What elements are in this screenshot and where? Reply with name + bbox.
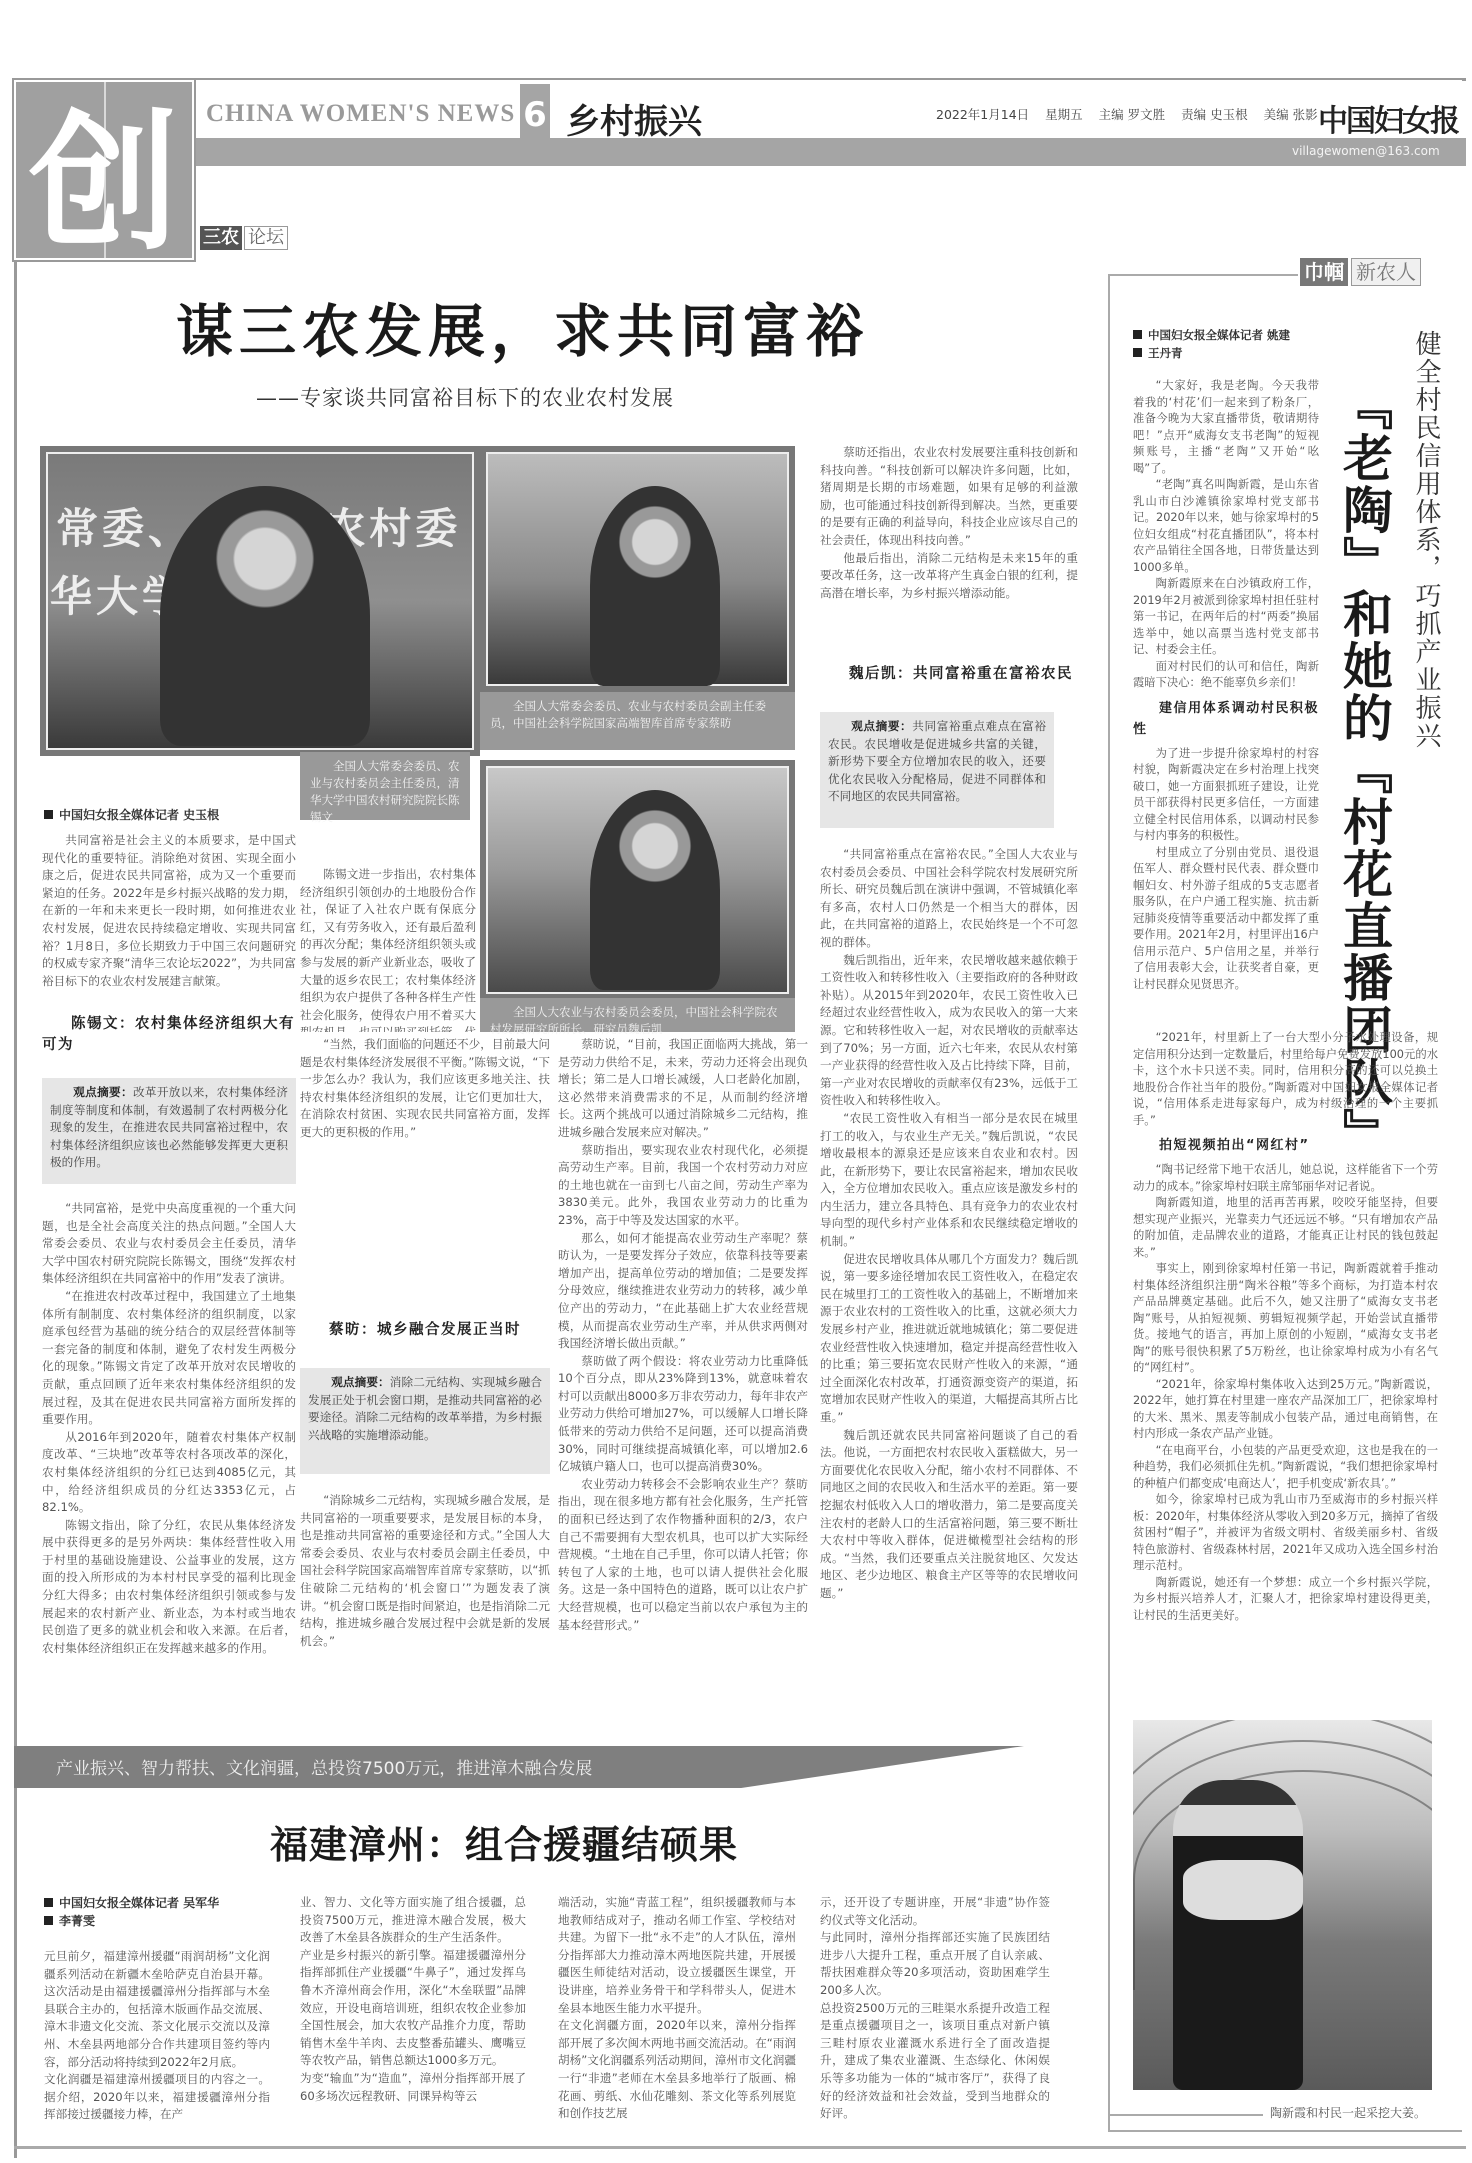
intro-paragraph: 共同富裕是社会主义的本质要求，是中国式现代化的重要特征。消除绝对贫困、实现全面小… (42, 832, 296, 990)
bullet-square-icon (1133, 330, 1142, 339)
masthead-logo: 中国妇女报 (1318, 96, 1458, 140)
sidebar-top-rule (1108, 274, 1298, 276)
page-number: 6 (520, 84, 550, 166)
sidebar-column-tag: 巾帼 新农人 (1300, 258, 1421, 286)
bottom-byline: 中国妇女报全媒体记者 吴军华 李菁雯 (44, 1894, 219, 1930)
bottom-headline: 福建漳州：组合援疆结硕果 (270, 1814, 738, 1869)
section-title-chen: 陈锡文：农村集体经济组织大有可为 (42, 1014, 296, 1056)
section-title-wei: 魏后凯：共同富裕重在富裕农民 (820, 664, 1078, 685)
photo-caption-chen: 全国人大常委会委员、农业与农村委员会主任委员，清华大学中国农村研究院院长陈锡文 (300, 752, 470, 820)
sidebar-photo-greenhouse (1133, 1720, 1432, 2090)
article-column-1-cont: “共同富裕，是党中央高度重视的一个重大问题，也是全社会高度关注的热点问题。”全国… (42, 1200, 296, 1730)
article-column-4-top: 蔡昉还指出，农业农村发展要注重科技创新和科技向善。“科技创新可以解决许多问题，比… (820, 444, 1078, 634)
article-column-1: 共同富裕是社会主义的本质要求，是中国式现代化的重要特征。消除绝对贫困、实现全面小… (42, 832, 296, 990)
abstract-chen: 观点摘要：改革开放以来，农村集体经济制度等制度和体制，有效遏制了农村两极分化现象… (42, 1078, 296, 1184)
sidebar-column-narrow: “大家好，我是老陶。今天我带着我的‘村花’们一起来到了粉条厂，准备今晚为大家直播… (1133, 378, 1319, 1008)
issue-date: 2022年1月14日 (936, 107, 1029, 122)
ginger-bundle (1183, 1860, 1303, 1920)
bullet-square-icon (1133, 348, 1142, 357)
sidebar-column-wide: “2021年，村里新上了一台大型小分子水处理设备，规定信用积分达到一定数量后，村… (1133, 1030, 1438, 1710)
speaker-figure (590, 790, 720, 990)
section-title: 乡村振兴 (566, 94, 702, 143)
sidebar-section1-title: 建信用体系调动村民积极性 (1133, 698, 1319, 740)
header-gray-bar (196, 138, 1466, 166)
section-logo-glyph: 创 (16, 82, 192, 258)
woman-figure (1173, 1780, 1303, 2090)
bottom-column-1: 元旦前夕，福建漳州援疆“雨润胡杨”文化润疆系列活动在新疆木垒哈萨克自治县开幕。这… (44, 1948, 270, 2128)
contact-email[interactable]: villagewomen@163.com (1292, 144, 1440, 158)
photo-caption-wei: 全国人大农业与农村委员会委员，中国社会科学院农村发展研究所所长、研究员魏后凯 (480, 998, 795, 1032)
article-column-3: 蔡昉说，“目前，我国正面临两大挑战，第一是劳动力供给不足，未来，劳动力还将会出现… (558, 1036, 808, 1730)
main-subheadline: ——专家谈共同富裕目标下的农业农村发展 (256, 382, 674, 412)
article-column-4: “共同富裕重点在富裕农民。”全国人大农业与农村委员会委员、中国社会科学院农村发展… (820, 846, 1078, 1720)
header-meta: 2022年1月14日 星期五 主编 罗文胜 责编 史玉根 美编 张影 (936, 105, 1330, 123)
newspaper-english-name: CHINA WOMEN'S NEWS (206, 100, 515, 128)
bottom-column-2: 业、智力、文化等方面实施了组合援疆，总投资7500万元，推进漳木融合发展，极大改… (300, 1894, 526, 2128)
abstract-label: 观点摘要： (73, 1085, 133, 1099)
bullet-square-icon (44, 1916, 53, 1925)
art-editor: 美编 张影 (1264, 107, 1318, 122)
abstract-wei: 观点摘要：共同富裕重点难点在富裕农民。农民增收是促进城乡共富的关键，新形势下要全… (820, 712, 1054, 828)
article-column-2-cont: “消除城乡二元结构，实现城乡融合发展，是共同富裕的一项重要要求，是发展目标的本身… (300, 1492, 550, 1730)
abstract-cai: 观点摘要：消除二元结构、实现城乡融合发展正处于机会窗口期，是推动共同富裕的必要途… (300, 1368, 550, 1474)
bullet-square-icon (44, 810, 53, 819)
main-byline: 中国妇女报全媒体记者 史玉根 (44, 806, 219, 824)
sidebar-photo-caption: 陶新霞和村民一起采挖大姜。 (1270, 2104, 1426, 2121)
bottom-kicker: 产业振兴、智力帮扶、文化润疆，总投资7500万元，推进漳木融合发展 (56, 1754, 592, 1779)
photo-chen-xiwen: 常委、 农 与农村委 华大学 村研究 (40, 446, 480, 756)
column-tag-part1: 三农 (200, 226, 242, 250)
column-tag-part2: 论坛 (244, 226, 288, 250)
responsible-editor: 责编 史玉根 (1181, 107, 1247, 122)
article-column-2-top: 陈锡文进一步指出，农村集体经济组织引领创办的土地股份合作社，保证了入社农户既有保… (300, 866, 476, 1032)
speaker-figure (160, 486, 370, 746)
photo-caption-cai: 全国人大常委会委员、农业与农村委员会副主任委员，中国社会科学院国家高端智库首席专… (480, 692, 795, 750)
photo-wei-houkai (480, 760, 795, 1000)
photo-cai-fang (480, 446, 795, 692)
column-tag: 三农 论坛 (200, 226, 288, 250)
article-column-2: “当然，我们面临的问题还不少，目前最大问题是农村集体经济发展很不平衡。”陈锡文说… (300, 1036, 550, 1306)
caption-rule (1108, 2114, 1263, 2116)
main-headline: 谋三农发展，求共同富裕 (176, 286, 869, 368)
section-logo: 创 (14, 80, 194, 260)
bottom-page-rule (14, 2146, 1466, 2149)
speaker-figure (590, 486, 720, 686)
sidebar-subtitle: 健全村民信用体系，巧抓产业振兴 (1408, 330, 1445, 750)
bullet-square-icon (44, 1898, 53, 1907)
sidebar-byline: 中国妇女报全媒体记者 姚建 王丹青 (1133, 326, 1290, 362)
bottom-column-4: 示，还开设了专题讲座，开展“非遗”协作签约仪式等文化活动。 与此同时，漳州分指挥… (820, 1894, 1050, 2128)
chief-editor: 主编 罗文胜 (1099, 107, 1165, 122)
sidebar-section2-title: 拍短视频拍出“网红村” (1133, 1135, 1438, 1156)
section-title-cai: 蔡昉：城乡融合发展正当时 (300, 1320, 550, 1341)
issue-weekday: 星期五 (1045, 107, 1083, 122)
bottom-column-3: 端活动，实施“青蓝工程”，组织援疆教师与本地教师结成对子，推动名师工作室、学校结… (558, 1894, 796, 2128)
